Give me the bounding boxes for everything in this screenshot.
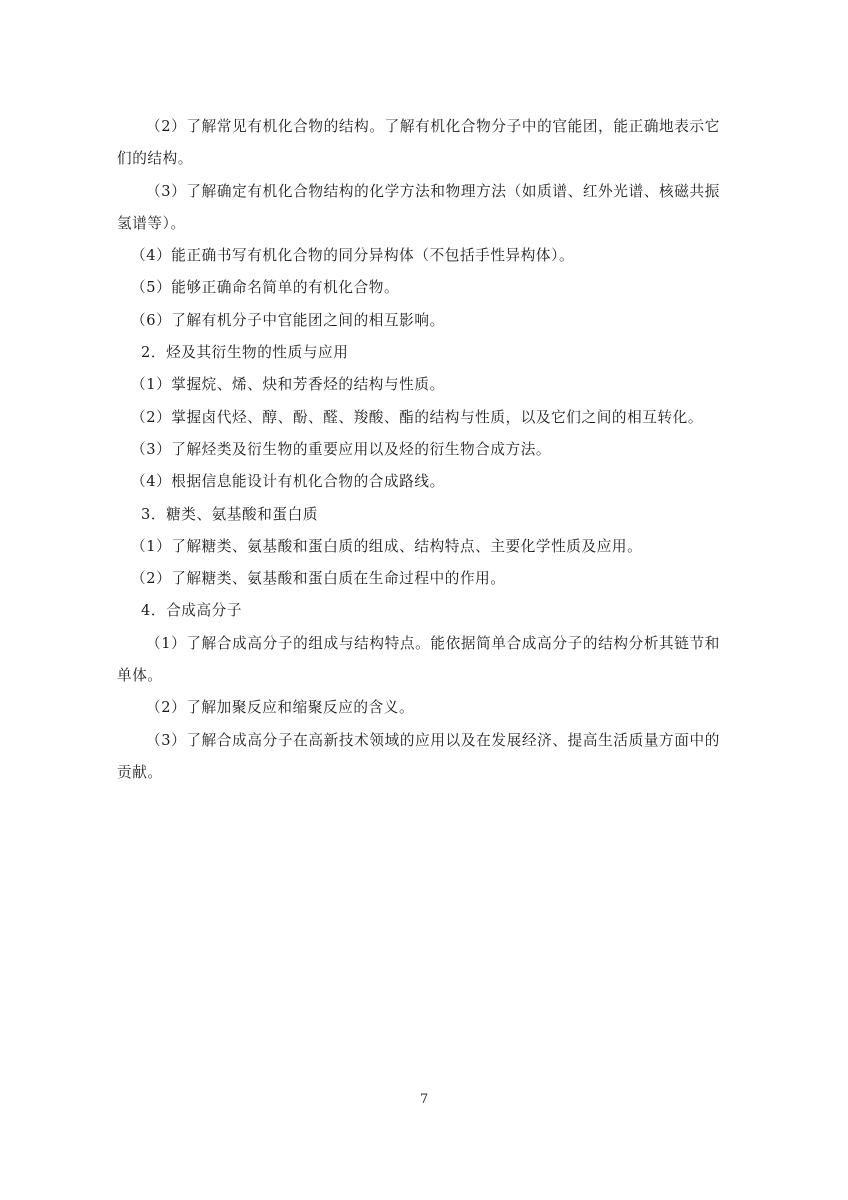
- paragraph: （2）了解常见有机化合物的结构。了解有机化合物分子中的官能团，能正确地表示它们的…: [117, 111, 720, 176]
- paragraph: （1）了解糖类、氨基酸和蛋白质的组成、结构特点、主要化学性质及应用。: [117, 531, 720, 563]
- paragraph: （3）了解烃类及衍生物的重要应用以及烃的衍生物合成方法。: [117, 434, 720, 466]
- paragraph: （2）了解加聚反应和缩聚反应的含义。: [117, 692, 720, 724]
- page-number: 7: [0, 1092, 848, 1107]
- paragraph: （3）了解确定有机化合物结构的化学方法和物理方法（如质谱、红外光谱、核磁共振氢谱…: [117, 176, 720, 241]
- paragraph: （6）了解有机分子中官能团之间的相互影响。: [117, 305, 720, 337]
- paragraph: （1）掌握烷、烯、炔和芳香烃的结构与性质。: [117, 369, 720, 401]
- section-heading: 3．糖类、氨基酸和蛋白质: [117, 499, 720, 531]
- page-content: （2）了解常见有机化合物的结构。了解有机化合物分子中的官能团，能正确地表示它们的…: [117, 111, 720, 789]
- paragraph: （3）了解合成高分子在高新技术领域的应用以及在发展经济、提高生活质量方面中的贡献…: [117, 725, 720, 790]
- paragraph: （2）掌握卤代烃、醇、酚、醛、羧酸、酯的结构与性质，以及它们之间的相互转化。: [117, 402, 720, 434]
- paragraph: （4）根据信息能设计有机化合物的合成路线。: [117, 466, 720, 498]
- section-heading: 2．烃及其衍生物的性质与应用: [117, 337, 720, 369]
- section-heading: 4．合成高分子: [117, 595, 720, 627]
- paragraph: （2）了解糖类、氨基酸和蛋白质在生命过程中的作用。: [117, 563, 720, 595]
- paragraph: （5）能够正确命名简单的有机化合物。: [117, 272, 720, 304]
- document-page: （2）了解常见有机化合物的结构。了解有机化合物分子中的官能团，能正确地表示它们的…: [0, 0, 848, 1200]
- paragraph: （4）能正确书写有机化合物的同分异构体（不包括手性异构体）。: [117, 240, 720, 272]
- paragraph: （1）了解合成高分子的组成与结构特点。能依据简单合成高分子的结构分析其链节和单体…: [117, 628, 720, 693]
